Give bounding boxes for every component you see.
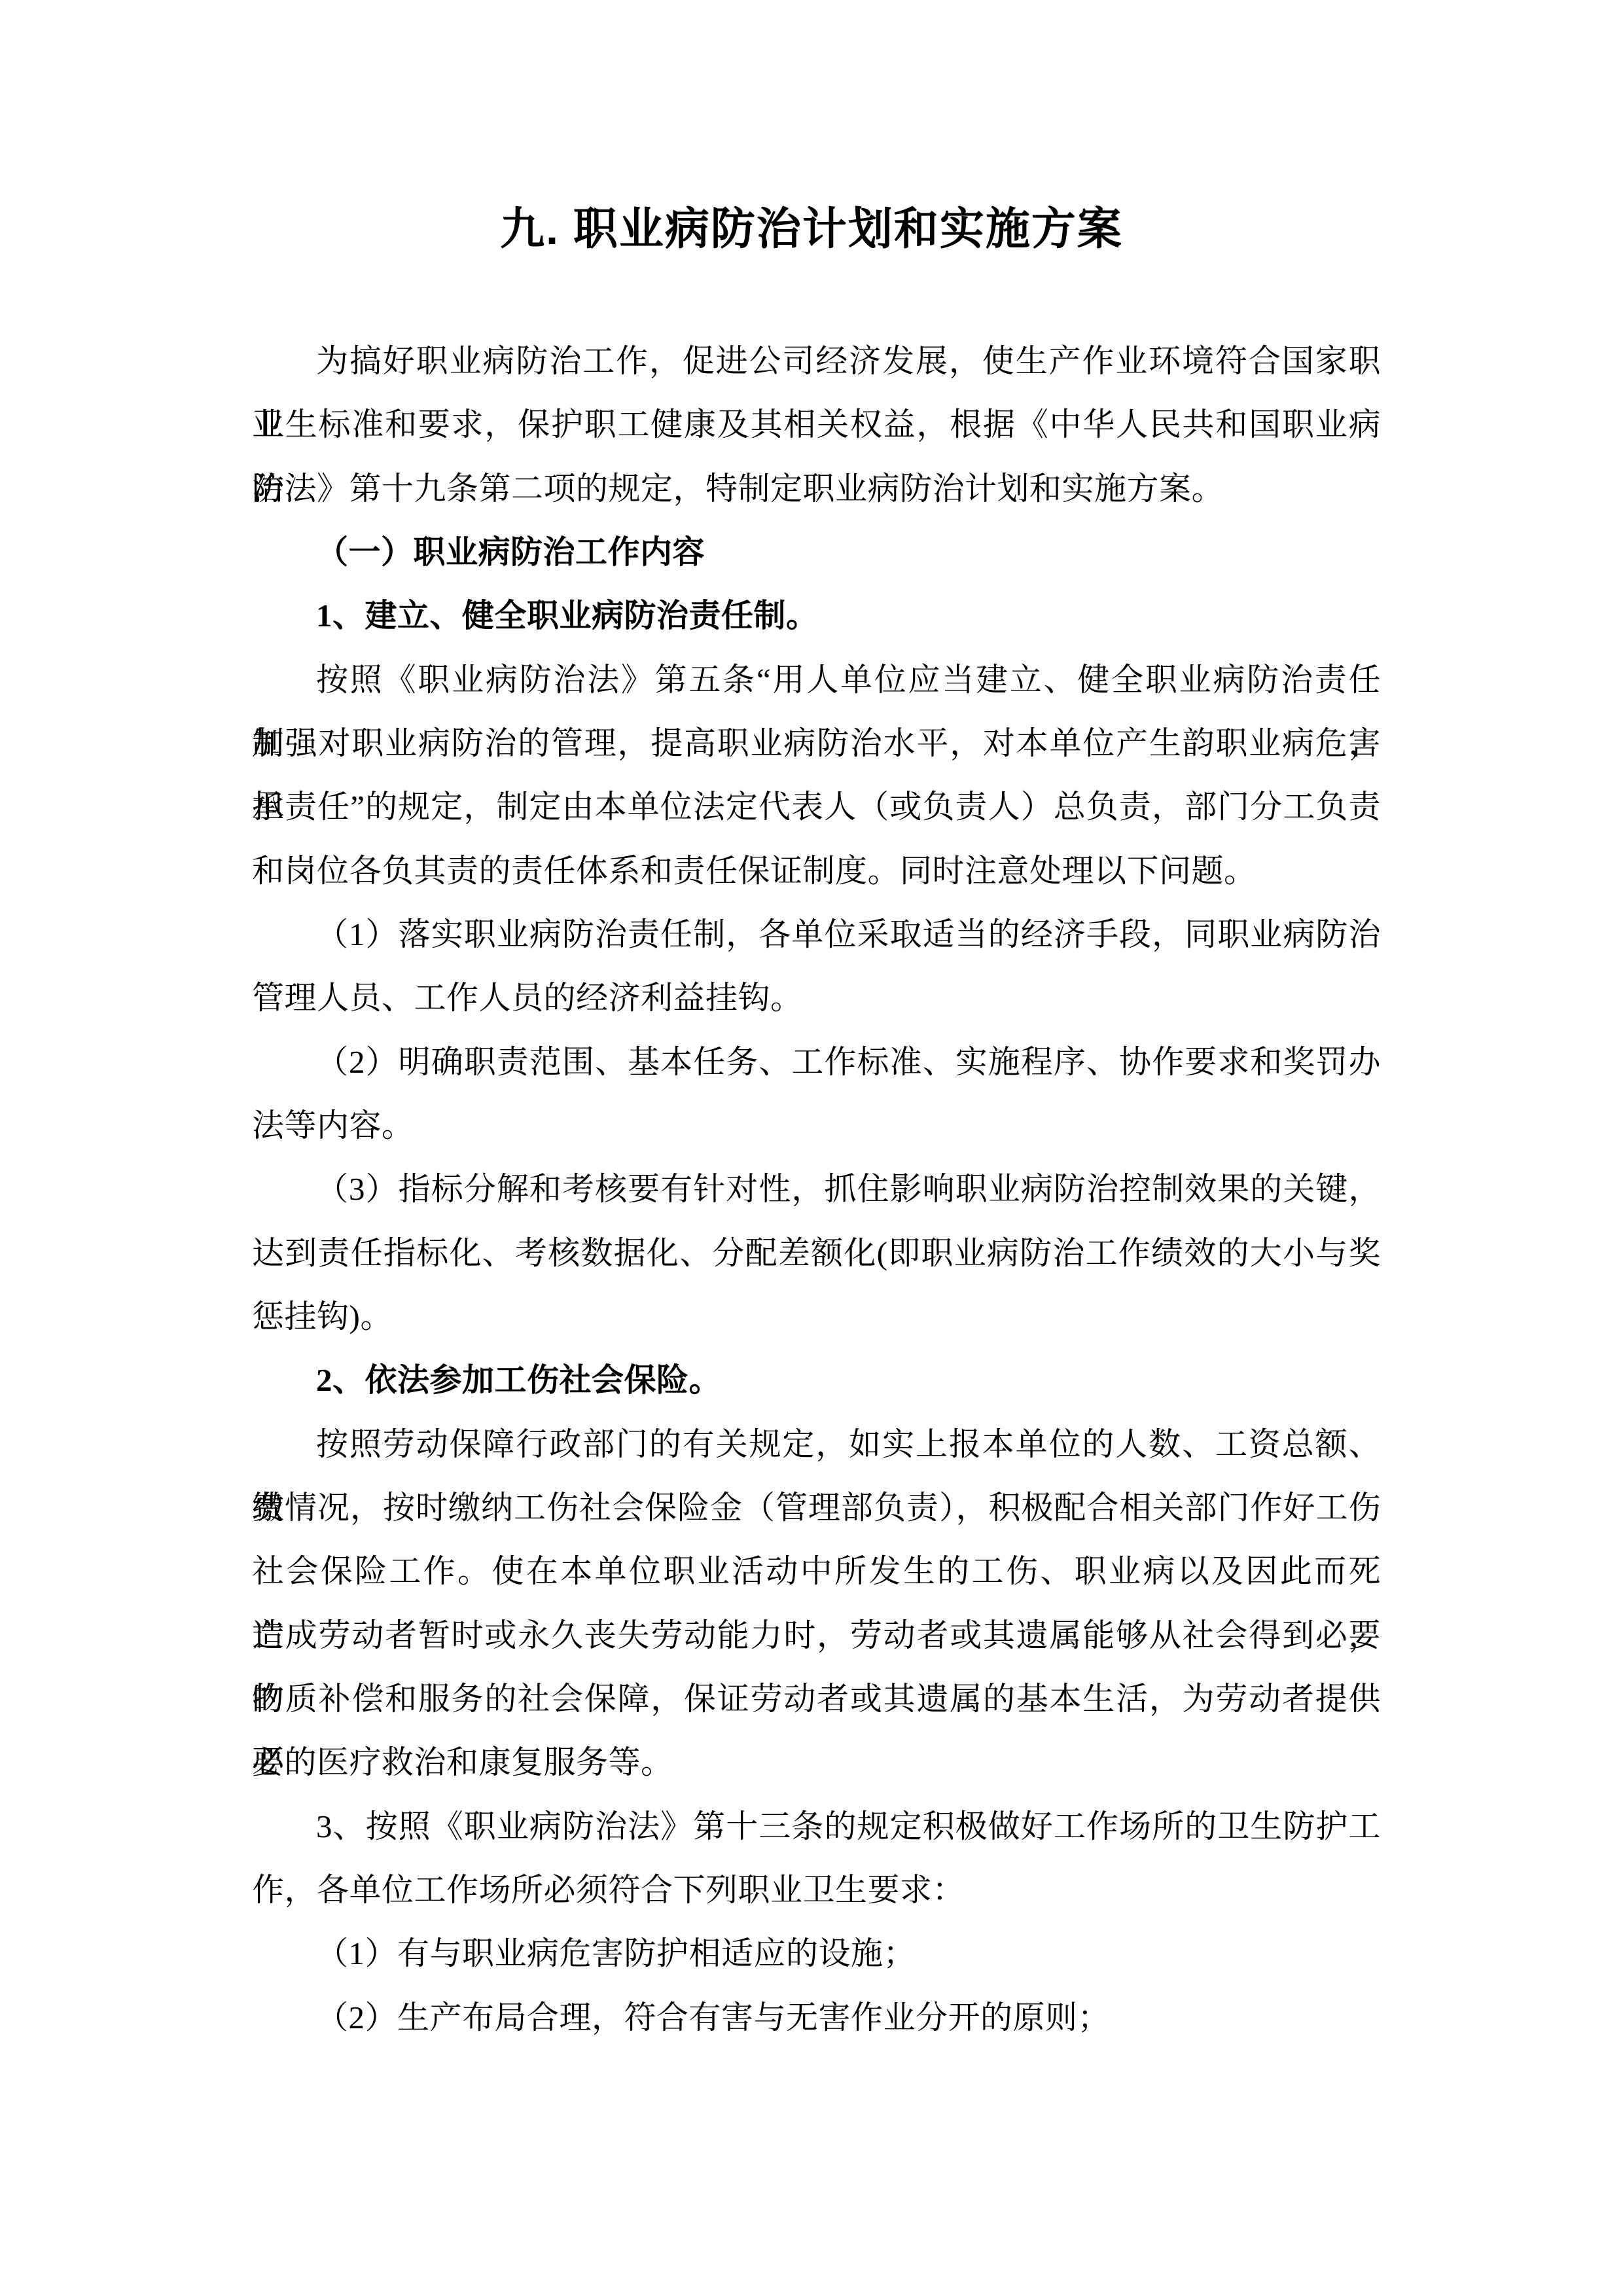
- text-line: 管理人员、工作人员的经济利益挂钩。: [252, 966, 1381, 1030]
- text-line: 作，各单位工作场所必须符合下列职业卫生要求：: [252, 1858, 1381, 1922]
- text-line: 和岗位各负其责的责任体系和责任保证制度。同时注意处理以下问题。: [252, 839, 1381, 903]
- text-line: 按照《职业病防治法》第五条“用人单位应当建立、健全职业病防治责任制，: [252, 648, 1381, 711]
- text-line: （一）职业病防治工作内容: [252, 520, 1381, 584]
- text-line: 治法》第十九条第二项的规定，特制定职业病防治计划和实施方案。: [252, 457, 1381, 520]
- text-line: 卫生标准和要求，保护职工健康及其相关权益，根据《中华人民共和国职业病防: [252, 393, 1381, 456]
- text-line: 1、建立、健全职业病防治责任制。: [252, 584, 1381, 647]
- text-line: 物质补偿和服务的社会保障，保证劳动者或其遗属的基本生活，为劳动者提供必: [252, 1667, 1381, 1731]
- text-line: 法等内容。: [252, 1094, 1381, 1157]
- text-line: 造成劳动者暂时或永久丧失劳动能力时，劳动者或其遗属能够从社会得到必要的: [252, 1604, 1381, 1667]
- document-title: 九. 职业病防治计划和实施方案: [0, 196, 1623, 262]
- text-line: 费情况，按时缴纳工伤社会保险金（管理部负责），积极配合相关部门作好工伤: [252, 1476, 1381, 1539]
- text-line: 社会保险工作。使在本单位职业活动中所发生的工伤、职业病以及因此而死亡，: [252, 1539, 1381, 1603]
- text-line: 要的医疗救治和康复服务等。: [252, 1731, 1381, 1794]
- text-line: 加强对职业病防治的管理，提高职业病防治水平，对本单位产生韵职业病危害承: [252, 711, 1381, 775]
- text-line: 惩挂钩)。: [252, 1285, 1381, 1348]
- document-page: 九. 职业病防治计划和实施方案 为搞好职业病防治工作，促进公司经济发展，使生产作…: [0, 0, 1623, 2296]
- text-line: （1）落实职业病防治责任制，各单位采取适当的经济手段，同职业病防治: [252, 903, 1381, 966]
- text-line: （3）指标分解和考核要有针对性，抓住影响职业病防治控制效果的关键，: [252, 1157, 1381, 1221]
- text-line: 2、依法参加工伤社会保险。: [252, 1348, 1381, 1412]
- text-line: 担责任”的规定，制定由本单位法定代表人（或负责人）总负责，部门分工负责: [252, 775, 1381, 838]
- text-line: 按照劳动保障行政部门的有关规定，如实上报本单位的人数、工资总额、缴: [252, 1412, 1381, 1476]
- text-line: （2）明确职责范围、基本任务、工作标准、实施程序、协作要求和奖罚办: [252, 1030, 1381, 1094]
- text-line: （2）生产布局合理，符合有害与无害作业分开的原则；: [252, 1986, 1381, 2049]
- text-line: 为搞好职业病防治工作，促进公司经济发展，使生产作业环境符合国家职业: [252, 329, 1381, 393]
- text-line: 3、按照《职业病防治法》第十三条的规定积极做好工作场所的卫生防护工: [252, 1795, 1381, 1858]
- text-lines: 为搞好职业病防治工作，促进公司经济发展，使生产作业环境符合国家职业卫生标准和要求…: [252, 329, 1381, 2049]
- text-line: 达到责任指标化、考核数据化、分配差额化(即职业病防治工作绩效的大小与奖: [252, 1221, 1381, 1285]
- text-line: （1）有与职业病危害防护相适应的设施；: [252, 1922, 1381, 1985]
